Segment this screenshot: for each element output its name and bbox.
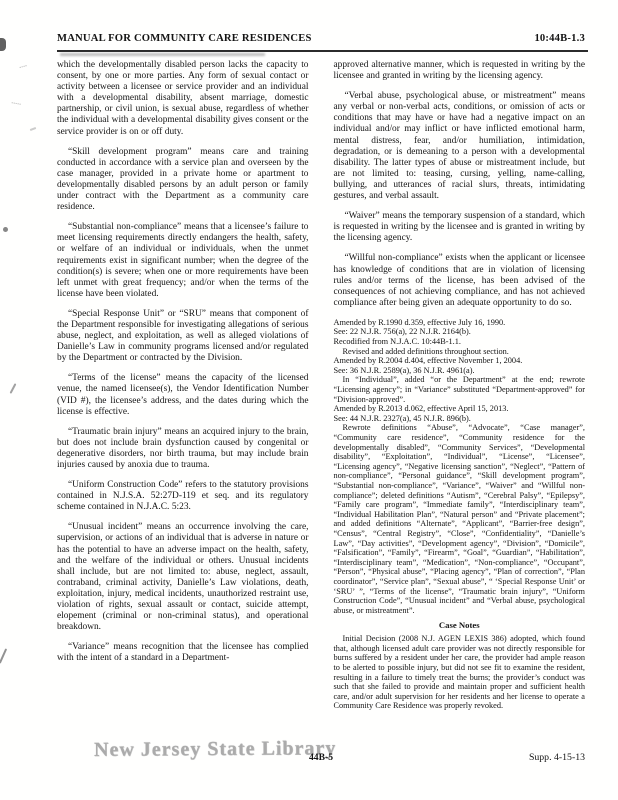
document-page: MANUAL FOR COMMUNITY CARE RESIDENCES 10:… [0,0,618,800]
scan-artifact [10,383,17,394]
scan-artifact [30,127,36,131]
case-notes-paragraphs: Initial Decision (2008 N.J. AGEN LEXIS 3… [334,634,586,711]
history-note-line: Rewrote definitions “Abuse”, “Advocate”,… [334,423,586,615]
footer-supplement: Supp. 4-15-13 [529,752,585,763]
definition-paragraph: approved alternative manner, which is re… [334,60,586,82]
scan-artifact [0,648,7,663]
definition-paragraph: “Willful non-compliance” exists when the… [334,253,586,308]
definition-paragraph: “Skill development program” means care a… [57,147,309,214]
history-note-line: Amended by R.2013 d.062, effective April… [334,404,586,414]
definition-paragraph: “Variance” means recognition that the li… [57,642,309,664]
history-note-line: See: 44 N.J.R. 2327(a), 45 N.J.R. 896(b)… [334,414,586,424]
header-citation: 10:44B-1.3 [534,33,585,44]
two-column-body: which the developmentally disabled perso… [57,60,585,711]
definition-paragraph: “Unusual incident” means an occurrence i… [57,522,309,633]
case-notes-heading: Case Notes [334,620,586,630]
definition-paragraph: “Waiver” means the temporary suspension … [334,211,586,244]
definition-paragraph: “Substantial non-compliance” means that … [57,222,309,300]
left-column: which the developmentally disabled perso… [57,60,309,711]
history-note-line: See: 36 N.J.R. 2589(a), 36 N.J.R. 4961(a… [334,366,586,376]
definition-paragraph: “Traumatic brain injury” means an acquir… [57,427,309,471]
history-note-line: Recodified from N.J.A.C. 10:44B-1.1. [334,337,586,347]
history-note-line: Amended by R.2004 d.404, effective Novem… [334,356,586,366]
definition-paragraph: “Terms of the license” means the capacit… [57,373,309,417]
history-note-line: Amended by R.1990 d.359, effective July … [334,318,586,328]
scan-artifact [12,98,22,104]
scan-artifact [20,65,28,71]
scan-artifact [0,38,6,51]
header-rule [57,50,588,52]
header-title: MANUAL FOR COMMUNITY CARE RESIDENCES [57,33,312,44]
history-notes: Amended by R.1990 d.359, effective July … [334,318,586,615]
scan-artifact [60,53,265,56]
history-note-line: In “Individual”, added “or the Departmen… [334,375,586,404]
right-column-paragraphs: approved alternative manner, which is re… [334,60,586,309]
scan-artifact [3,227,8,232]
page-header: MANUAL FOR COMMUNITY CARE RESIDENCES 10:… [57,33,585,44]
right-column: approved alternative manner, which is re… [334,60,586,711]
history-note-line: Revised and added definitions throughout… [334,347,586,357]
definition-paragraph: which the developmentally disabled perso… [57,60,309,138]
definition-paragraph: “Uniform Construction Code” refers to th… [57,480,309,513]
case-note-paragraph: Initial Decision (2008 N.J. AGEN LEXIS 3… [334,634,586,711]
definition-paragraph: “Special Response Unit” or “SRU” means t… [57,309,309,364]
definition-paragraph: “Verbal abuse, psychological abuse, or m… [334,91,586,202]
footer-page-number: 44B-5 [57,752,585,763]
left-column-paragraphs: which the developmentally disabled perso… [57,60,309,665]
history-note-line: See: 22 N.J.R. 756(a), 22 N.J.R. 2164(b)… [334,327,586,337]
